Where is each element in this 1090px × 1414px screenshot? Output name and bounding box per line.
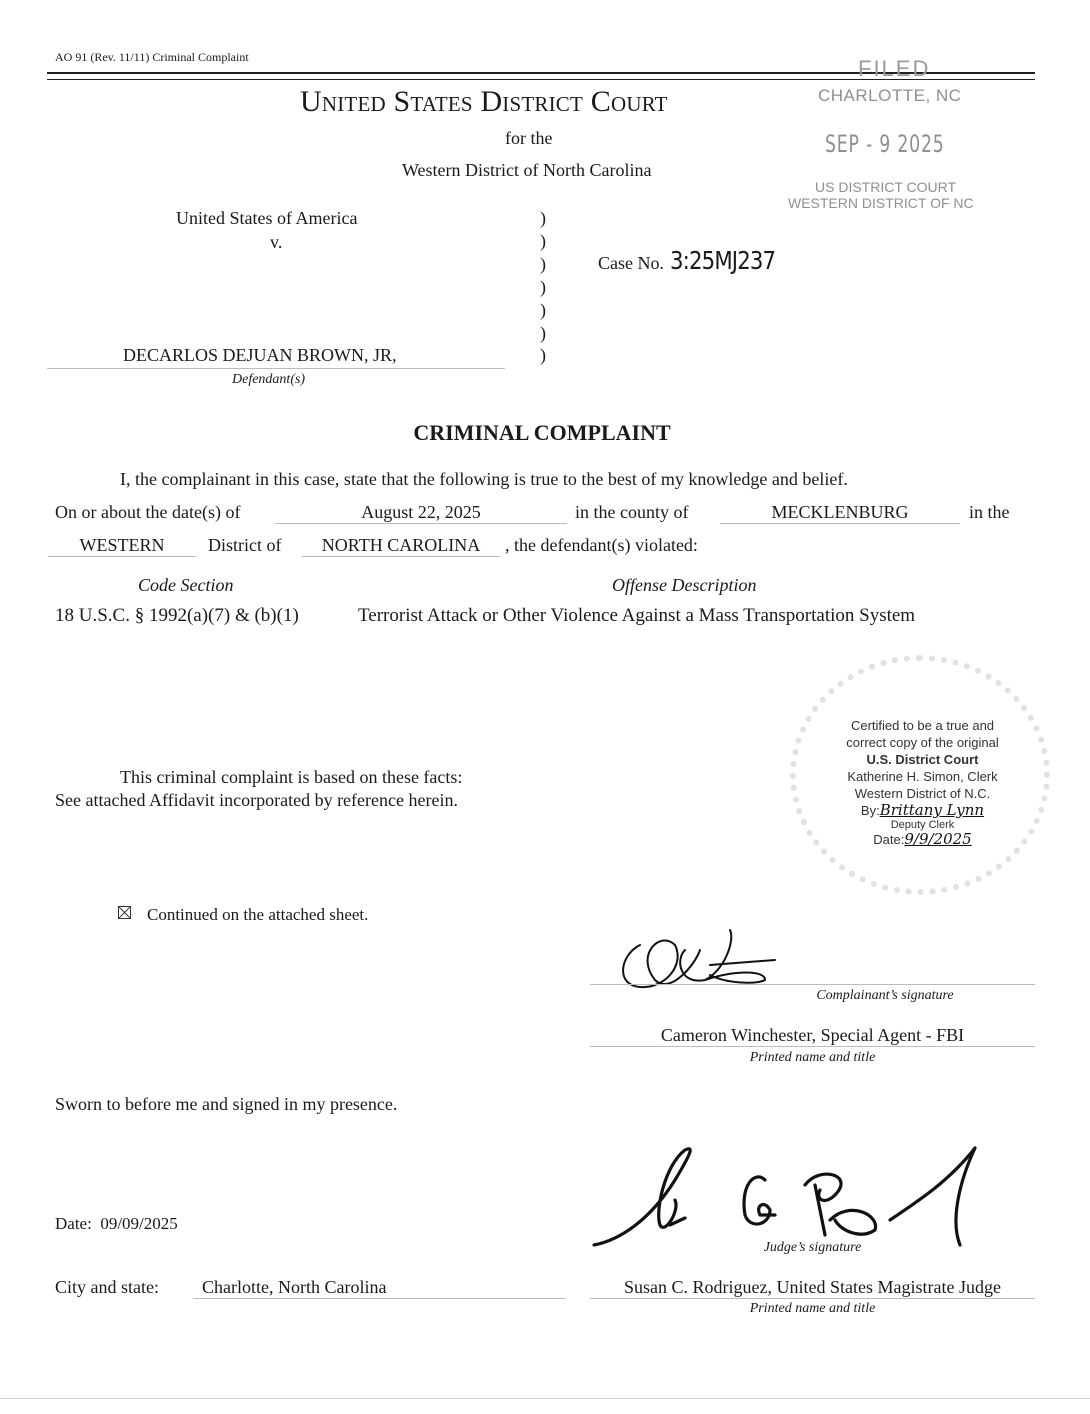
paren: ) xyxy=(540,300,546,321)
versus-label: v. xyxy=(270,232,282,253)
complainant-name-line xyxy=(590,1046,1035,1047)
date-prefix: On or about the date(s) of xyxy=(55,502,240,523)
city-state-value: Charlotte, North Carolina xyxy=(202,1277,386,1298)
continued-option: Continued on the attached sheet. xyxy=(118,905,368,925)
complainant-statement: I, the complainant in this case, state t… xyxy=(120,469,848,490)
seal-line2: correct copy of the original xyxy=(800,734,1045,751)
district-field: WESTERN xyxy=(48,535,196,557)
page-bottom-edge xyxy=(0,1398,1090,1399)
seal-date: Date:9/9/2025 xyxy=(800,831,1045,848)
case-number-value: 3:25MJ237 xyxy=(670,246,775,275)
violated-suffix: , the defendant(s) violated: xyxy=(505,535,698,556)
seal-line1: Certified to be a true and xyxy=(800,717,1045,734)
paren: ) xyxy=(540,345,546,366)
plaintiff-name: United States of America xyxy=(176,208,357,229)
facts-intro: This criminal complaint is based on thes… xyxy=(120,767,462,788)
checked-box-icon xyxy=(118,906,131,919)
seal-line3: U.S. District Court xyxy=(800,751,1045,768)
county-field: MECKLENBURG xyxy=(720,502,960,524)
certification-text: Certified to be a true and correct copy … xyxy=(800,717,1045,848)
document-title: CRIMINAL COMPLAINT xyxy=(0,420,1084,446)
county-suffix: in the xyxy=(969,502,1010,523)
seal-date-value: 9/9/2025 xyxy=(904,830,971,848)
code-section-header: Code Section xyxy=(138,575,233,596)
paren: ) xyxy=(540,277,546,298)
judge-name-line xyxy=(590,1298,1035,1299)
judge-printed-label: Printed name and title xyxy=(590,1301,1035,1317)
judge-signature-label: Judge’s signature xyxy=(590,1240,1035,1256)
court-name: United States District Court xyxy=(300,85,668,119)
sworn-statement: Sworn to before me and signed in my pres… xyxy=(55,1094,397,1115)
offense-description-header: Offense Description xyxy=(612,575,756,596)
sworn-date-label: Date: xyxy=(55,1214,92,1233)
complainant-signature-label: Complainant’s signature xyxy=(590,988,1090,1004)
sworn-date: Date: 09/09/2025 xyxy=(55,1214,178,1234)
paren: ) xyxy=(540,323,546,344)
seal-date-label: Date: xyxy=(873,832,904,847)
stamp-filed: FILED xyxy=(858,56,930,82)
code-section-value: 18 U.S.C. § 1992(a)(7) & (b)(1) xyxy=(55,605,299,627)
seal-line4: Katherine H. Simon, Clerk xyxy=(800,768,1045,785)
judge-printed-name: Susan C. Rodriguez, United States Magist… xyxy=(590,1277,1035,1298)
stamp-date: SEP - 9 2025 xyxy=(825,130,945,158)
defendant-label: Defendant(s) xyxy=(232,372,305,388)
paren: ) xyxy=(540,231,546,252)
stamp-court-line1: US DISTRICT COURT xyxy=(815,179,956,195)
sworn-date-value: 09/09/2025 xyxy=(100,1214,177,1233)
state-field: NORTH CAROLINA xyxy=(302,535,500,557)
judge-signature xyxy=(590,1140,1010,1250)
complainant-printed-name: Cameron Winchester, Special Agent - FBI xyxy=(590,1025,1035,1046)
city-state-label: City and state: xyxy=(55,1277,159,1298)
stamp-city: CHARLOTTE, NC xyxy=(818,86,961,106)
complainant-signature-line xyxy=(590,984,1035,985)
offense-description-value: Terrorist Attack or Other Violence Again… xyxy=(358,605,915,627)
county-prefix: in the county of xyxy=(575,502,688,523)
stamp-court-line2: WESTERN DISTRICT OF NC xyxy=(788,195,974,211)
defendant-name: DECARLOS DEJUAN BROWN, JR, xyxy=(123,345,397,366)
for-the-label: for the xyxy=(505,128,552,149)
defendant-underline xyxy=(47,368,505,369)
seal-line5: Western District of N.C. xyxy=(800,785,1045,802)
seal-by-label: By: xyxy=(861,803,880,818)
case-number-label: Case No. xyxy=(598,253,664,274)
facts-reference: See attached Affidavit incorporated by r… xyxy=(55,790,458,811)
paren: ) xyxy=(540,254,546,275)
continued-label: Continued on the attached sheet. xyxy=(147,905,368,924)
court-district: Western District of North Carolina xyxy=(402,160,652,181)
deputy-clerk-signature: Brittany Lynn xyxy=(880,801,984,819)
form-identifier: AO 91 (Rev. 11/11) Criminal Complaint xyxy=(55,50,249,65)
seal-by: By:Brittany Lynn xyxy=(800,802,1045,819)
offense-date-field: August 22, 2025 xyxy=(275,502,567,524)
district-prefix: District of xyxy=(208,535,282,556)
complainant-printed-label: Printed name and title xyxy=(590,1050,1035,1066)
paren: ) xyxy=(540,208,546,229)
city-state-line xyxy=(193,1298,565,1299)
